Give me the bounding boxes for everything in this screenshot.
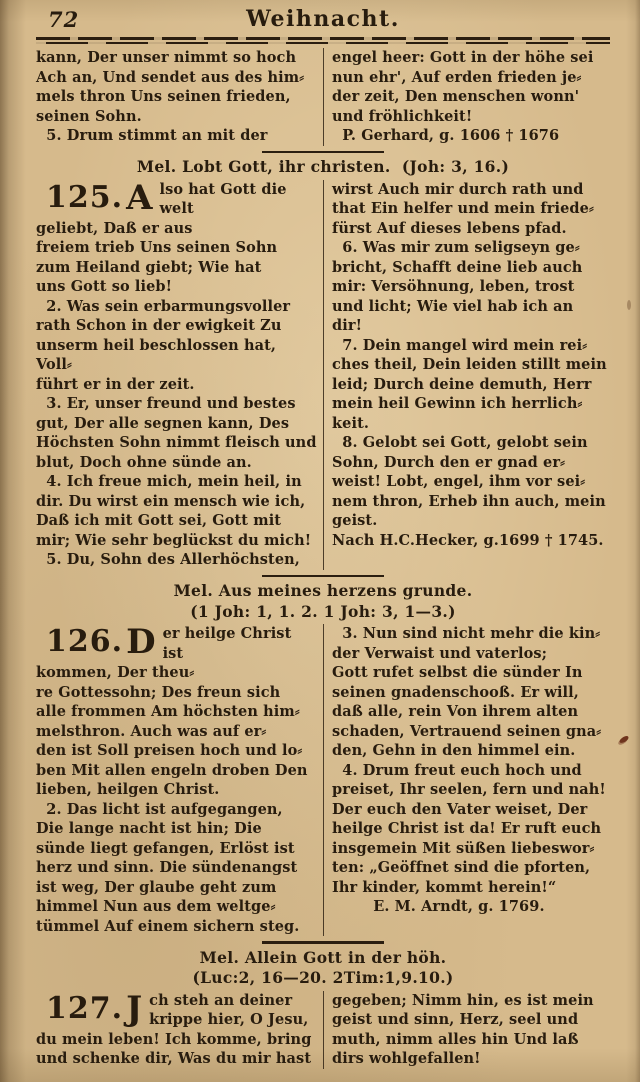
right-column: gegeben; Nimm hin, es ist meingeist und … — [323, 991, 610, 1069]
text-line: re Gottessohn; Des freun sich — [36, 683, 317, 703]
text-line: Sohn, Durch den er gnad er⸗ — [332, 453, 610, 473]
text-line: 4. Ich freue mich, mein heil, in — [36, 472, 317, 492]
text-line: 3. Er, unser freund und bestes — [36, 394, 317, 414]
right-column: 3. Nun sind nicht mehr die kin⸗der Verwa… — [323, 624, 610, 936]
drop-cap: J — [126, 991, 142, 1028]
text-line: 6. Was mir zum seligseyn ge⸗ — [332, 238, 610, 258]
text-line: 4. Drum freut euch hoch und — [332, 761, 610, 781]
text-line: mein heil Gewinn ich herrlich⸗ — [332, 394, 610, 414]
text-line: und licht; Wie viel hab ich an — [332, 297, 610, 317]
text-line: heilge Christ ist da! Er ruft euch — [332, 819, 610, 839]
hymn-127: Mel. Allein Gott in der höh.(Luc:2, 16—2… — [36, 948, 610, 1069]
text-line: unserm heil beschlossen hat, Voll⸗ — [36, 336, 317, 375]
text-line: lieben, heilgen Christ. — [36, 780, 317, 800]
page-number: 72 — [48, 7, 79, 32]
text-line: der zeit, Den menschen wonn' — [332, 87, 610, 107]
text-line: insgemein Mit süßen liebeswor⸗ — [332, 839, 610, 859]
text-line: Nach H.C.Hecker, g.1699 † 1745. — [332, 531, 610, 551]
text-line: ist weg, Der glaube geht zum — [36, 878, 317, 898]
hymn-continuation: kann, Der unser nimmt so hochAch an, Und… — [36, 48, 610, 146]
hymn-number-block: 127. J — [36, 991, 149, 1030]
text-line: gegeben; Nimm hin, es ist mein — [332, 991, 610, 1011]
text-line: alle frommen Am höchsten him⸗ — [36, 702, 317, 722]
text-line: 3. Nun sind nicht mehr die kin⸗ — [332, 624, 610, 644]
text-line: ches theil, Dein leiden stillt mein — [332, 355, 610, 375]
text-line: 5. Du, Sohn des Allerhöchsten, — [36, 550, 317, 570]
right-column: engel heer: Gott in der höhe seinun ehr'… — [323, 48, 610, 146]
text-line: und schenke dir, Was du mir hast — [36, 1049, 317, 1069]
left-column: 127. J ch steh an deinerkrippe hier, O J… — [36, 991, 323, 1069]
text-line: dir. Du wirst ein mensch wie ich, — [36, 492, 317, 512]
text-line: mels thron Uns seinen frieden, — [36, 87, 317, 107]
hymn-125: Mel. Lobt Gott, ihr christen. (Joh: 3, 1… — [36, 157, 610, 570]
text-line: 7. Dein mangel wird mein rei⸗ — [332, 336, 610, 356]
hymnal-page: 72 Weihnacht. kann, Der unser nimmt so h… — [0, 0, 640, 1082]
text-line: sünde liegt gefangen, Erlöst ist — [36, 839, 317, 859]
text-line: P. Gerhard, g. 1606 † 1676 — [332, 126, 610, 146]
text-line: wirst Auch mir durch rath und — [332, 180, 610, 200]
text-line: fürst Auf dieses lebens pfad. — [332, 219, 610, 239]
text-line: Die lange nacht ist hin; Die — [36, 819, 317, 839]
text-line: Gott rufet selbst die sünder In — [332, 663, 610, 683]
text-line: kann, Der unser nimmt so hoch — [36, 48, 317, 68]
header-rule-bottom — [36, 42, 610, 44]
text-line: seinen gnadenschooß. Er will, — [332, 683, 610, 703]
text-line: herz und sinn. Die sündenangst — [36, 858, 317, 878]
text-line: leid; Durch deine demuth, Herr — [332, 375, 610, 395]
verse-lines: er heilge Christ istkommen, Der theu⸗re … — [36, 624, 317, 936]
text-line: du mein leben! Ich komme, bring — [36, 1030, 317, 1050]
section-divider-rule — [262, 575, 384, 578]
two-column-block: kann, Der unser nimmt so hochAch an, Und… — [36, 48, 610, 146]
header-rule — [36, 37, 610, 44]
text-line: Daß ich mit Gott sei, Gott mit — [36, 511, 317, 531]
text-line: that Ein helfer und mein friede⸗ — [332, 199, 610, 219]
text-line: himmel Nun aus dem weltge⸗ — [36, 897, 317, 917]
text-line: dir! — [332, 316, 610, 336]
section-divider-rule — [262, 941, 384, 944]
hymn-number-block: 126. D — [36, 624, 163, 663]
text-line: Höchsten Sohn nimmt fleisch und — [36, 433, 317, 453]
text-line: Mel. Lobt Gott, ihr christen. (Joh: 3, 1… — [36, 157, 610, 178]
text-line: blut, Doch ohne sünde an. — [36, 453, 317, 473]
text-line: mir: Versöhnung, leben, trost — [332, 277, 610, 297]
text-line: rath Schon in der ewigkeit Zu — [36, 316, 317, 336]
hymn-number: 126. — [46, 624, 123, 660]
text-line: 5. Drum stimmt an mit der — [36, 126, 317, 146]
text-line: Ihr kinder, kommt herein!“ — [332, 878, 610, 898]
text-line: gut, Der alle segnen kann, Des — [36, 414, 317, 434]
two-column-block: 126. D er heilge Christ istkommen, Der t… — [36, 624, 610, 936]
text-line: seinen Sohn. — [36, 107, 317, 127]
text-line: schaden, Vertrauend seinen gna⸗ — [332, 722, 610, 742]
page-header: 72 Weihnacht. — [36, 6, 610, 32]
drop-cap: A — [126, 180, 152, 217]
text-line: Mel. Aus meines herzens grunde. — [36, 581, 610, 602]
verse-lines: lso hat Gott die weltgeliebt, Daß er aus… — [36, 180, 317, 570]
text-line: muth, nimm alles hin Und laß — [332, 1030, 610, 1050]
page-content: 72 Weihnacht. kann, Der unser nimmt so h… — [0, 0, 640, 1069]
text-line: Ach an, Und sendet aus des him⸗ — [36, 68, 317, 88]
text-line: mir; Wie sehr beglückst du mich! — [36, 531, 317, 551]
text-line: bricht, Schafft deine lieb auch — [332, 258, 610, 278]
text-line: führt er in der zeit. — [36, 375, 317, 395]
text-line: ten: „Geöffnet sind die pforten, — [332, 858, 610, 878]
text-line: geliebt, Daß er aus — [36, 219, 317, 239]
text-line: kommen, Der theu⸗ — [36, 663, 317, 683]
text-line: tümmel Auf einem sichern steg. — [36, 917, 317, 937]
text-line: E. M. Arndt, g. 1769. — [332, 897, 610, 917]
verse-lines: engel heer: Gott in der höhe seinun ehr'… — [332, 48, 610, 146]
hymn-number: 125. — [46, 180, 123, 216]
text-line: weist! Lobt, engel, ihm vor sei⸗ — [332, 472, 610, 492]
two-column-block: 125. A lso hat Gott die weltgeliebt, Daß… — [36, 180, 610, 570]
hymn-number: 127. — [46, 991, 123, 1027]
text-line: melsthron. Auch was auf er⸗ — [36, 722, 317, 742]
text-line: keit. — [332, 414, 610, 434]
text-line: den, Gehn in den himmel ein. — [332, 741, 610, 761]
left-column: kann, Der unser nimmt so hochAch an, Und… — [36, 48, 323, 146]
hymn-126: Mel. Aus meines herzens grunde.(1 Joh: 1… — [36, 581, 610, 936]
text-line: geist. — [332, 511, 610, 531]
text-line: nun ehr', Auf erden frieden je⸗ — [332, 68, 610, 88]
text-line: 2. Was sein erbarmungsvoller — [36, 297, 317, 317]
text-line: uns Gott so lieb! — [36, 277, 317, 297]
text-line: der Verwaist und vaterlos; — [332, 644, 610, 664]
text-line: (Luc:2, 16—20. 2Tim:1,9.10.) — [36, 968, 610, 989]
melody-heading: Mel. Lobt Gott, ihr christen. (Joh: 3, 1… — [36, 157, 610, 178]
hymn-number-block: 125. A — [36, 180, 159, 219]
verse-lines: kann, Der unser nimmt so hochAch an, Und… — [36, 48, 317, 146]
header-rule-top — [36, 37, 610, 40]
paper-speck — [627, 300, 631, 310]
text-line: zum Heiland giebt; Wie hat — [36, 258, 317, 278]
text-line: und fröhlichkeit! — [332, 107, 610, 127]
right-column: wirst Auch mir durch rath undthat Ein he… — [323, 180, 610, 570]
text-line: den ist Soll preisen hoch und lo⸗ — [36, 741, 317, 761]
left-column: 125. A lso hat Gott die weltgeliebt, Daß… — [36, 180, 323, 570]
melody-heading: Mel. Aus meines herzens grunde.(1 Joh: 1… — [36, 581, 610, 622]
text-line: 2. Das licht ist aufgegangen, — [36, 800, 317, 820]
text-line: (1 Joh: 1, 1. 2. 1 Joh: 3, 1—3.) — [36, 602, 610, 623]
two-column-block: 127. J ch steh an deinerkrippe hier, O J… — [36, 991, 610, 1069]
section-divider-rule — [262, 151, 384, 154]
text-line: dirs wohlgefallen! — [332, 1049, 610, 1069]
page-title: Weihnacht. — [36, 6, 610, 32]
text-line: geist und sinn, Herz, seel und — [332, 1010, 610, 1030]
melody-heading: Mel. Allein Gott in der höh.(Luc:2, 16—2… — [36, 948, 610, 989]
text-line: Mel. Allein Gott in der höh. — [36, 948, 610, 969]
text-line: 8. Gelobt sei Gott, gelobt sein — [332, 433, 610, 453]
text-line: engel heer: Gott in der höhe sei — [332, 48, 610, 68]
text-line: ben Mit allen engeln droben Den — [36, 761, 317, 781]
verse-lines: 3. Nun sind nicht mehr die kin⸗der Verwa… — [332, 624, 610, 917]
text-line: freiem trieb Uns seinen Sohn — [36, 238, 317, 258]
verse-lines: gegeben; Nimm hin, es ist meingeist und … — [332, 991, 610, 1069]
verse-lines: wirst Auch mir durch rath undthat Ein he… — [332, 180, 610, 551]
drop-cap: D — [126, 624, 155, 661]
text-line: daß alle, rein Von ihrem alten — [332, 702, 610, 722]
left-column: 126. D er heilge Christ istkommen, Der t… — [36, 624, 323, 936]
text-line: nem thron, Erheb ihn auch, mein — [332, 492, 610, 512]
text-line: preiset, Ihr seelen, fern und nah! — [332, 780, 610, 800]
text-line: Der euch den Vater weiset, Der — [332, 800, 610, 820]
